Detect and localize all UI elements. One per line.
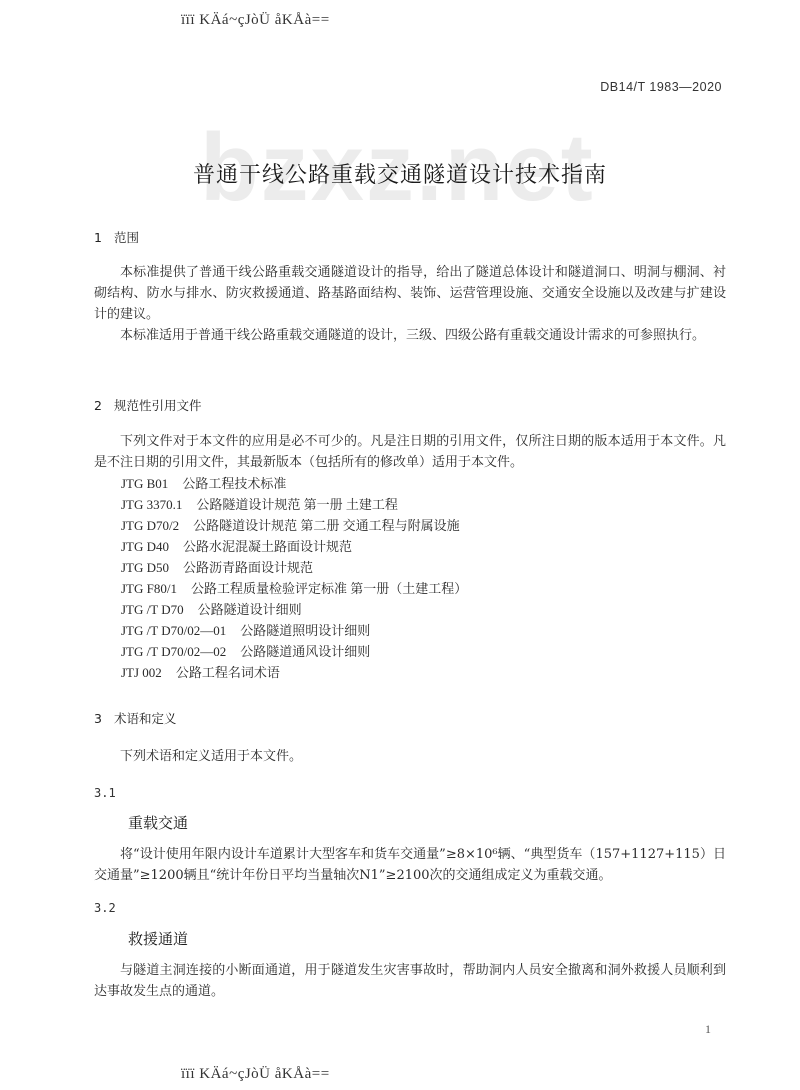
reference-item: JTJ 002公路工程名词术语: [121, 662, 467, 683]
reference-name: 公路工程技术标准: [182, 476, 286, 491]
reference-code: JTG D50: [121, 560, 169, 575]
document-code: DB14/T 1983—2020: [600, 80, 722, 94]
term-3-2-number: 3.2: [94, 897, 726, 916]
term-number: 3.1: [94, 786, 116, 800]
reference-name: 公路隧道通风设计细则: [240, 644, 370, 659]
reference-code: JTG F80/1: [121, 581, 177, 596]
reference-item: JTG D70/2公路隧道设计规范 第二册 交通工程与附属设施: [121, 515, 467, 536]
reference-item: JTG D40公路水泥混凝土路面设计规范: [121, 536, 467, 557]
term-3-1-number: 3.1: [94, 782, 726, 801]
reference-code: JTG /T D70/02—01: [121, 623, 226, 638]
section-number: 1: [94, 230, 114, 245]
header-garbled-text: ïïï KÄá~çJòÜ åKÅà==: [181, 12, 330, 29]
term-definition: 将“设计使用年限内设计车道累计大型客车和货车交通量”≥8×10⁶辆、“典型货车（…: [94, 844, 726, 886]
reference-code: JTJ 002: [121, 665, 162, 680]
section-title: 规范性引用文件: [114, 398, 202, 413]
page-number: 1: [705, 1022, 711, 1037]
paragraph: 下列文件对于本文件的应用是必不可少的。凡是注日期的引用文件，仅所注日期的版本适用…: [94, 431, 726, 473]
reference-code: JTG D40: [121, 539, 169, 554]
section-1-heading: 1范围: [94, 228, 726, 246]
term-title: 重载交通: [94, 812, 726, 833]
section-number: 3: [94, 711, 114, 726]
term-definition: 与隧道主洞连接的小断面通道，用于隧道发生灾害事故时，帮助洞内人员安全撤离和洞外救…: [94, 960, 726, 1002]
page-title: 普通干线公路重载交通隧道设计技术指南: [0, 158, 800, 189]
reference-item: JTG F80/1公路工程质量检验评定标准 第一册（土建工程）: [121, 578, 467, 599]
section-title: 范围: [114, 230, 139, 245]
section-2-heading: 2规范性引用文件: [94, 396, 726, 414]
reference-code: JTG /T D70: [121, 602, 184, 617]
reference-code: JTG B01: [121, 476, 168, 491]
reference-name: 公路工程名词术语: [176, 665, 280, 680]
reference-code: JTG D70/2: [121, 518, 179, 533]
reference-list: JTG B01公路工程技术标准 JTG 3370.1公路隧道设计规范 第一册 土…: [121, 473, 467, 683]
reference-item: JTG B01公路工程技术标准: [121, 473, 467, 494]
section-title: 术语和定义: [114, 711, 177, 726]
reference-item: JTG /T D70/02—02公路隧道通风设计细则: [121, 641, 467, 662]
section-1-body: 本标准提供了普通干线公路重载交通隧道设计的指导，给出了隧道总体设计和隧道洞口、明…: [94, 262, 726, 346]
paragraph: 下列术语和定义适用于本文件。: [94, 746, 726, 767]
term-3-1-title: 重载交通: [94, 812, 726, 833]
reference-name: 公路隧道设计细则: [198, 602, 302, 617]
reference-item: JTG /T D70/02—01公路隧道照明设计细则: [121, 620, 467, 641]
reference-item: JTG 3370.1公路隧道设计规范 第一册 土建工程: [121, 494, 467, 515]
reference-code: JTG 3370.1: [121, 497, 182, 512]
term-title: 救援通道: [94, 928, 726, 949]
reference-name: 公路水泥混凝土路面设计规范: [183, 539, 352, 554]
reference-item: JTG /T D70公路隧道设计细则: [121, 599, 467, 620]
term-3-2-title: 救援通道: [94, 928, 726, 949]
reference-name: 公路隧道照明设计细则: [240, 623, 370, 638]
section-number: 2: [94, 398, 114, 413]
term-number: 3.2: [94, 901, 116, 915]
section-3-heading: 3术语和定义: [94, 709, 726, 727]
term-3-2-definition: 与隧道主洞连接的小断面通道，用于隧道发生灾害事故时，帮助洞内人员安全撤离和洞外救…: [94, 960, 726, 1002]
paragraph: 本标准适用于普通干线公路重载交通隧道的设计，三级、四级公路有重载交通设计需求的可…: [94, 325, 726, 346]
term-3-1-definition: 将“设计使用年限内设计车道累计大型客车和货车交通量”≥8×10⁶辆、“典型货车（…: [94, 844, 726, 886]
reference-name: 公路隧道设计规范 第二册 交通工程与附属设施: [193, 518, 460, 533]
paragraph: 本标准提供了普通干线公路重载交通隧道设计的指导，给出了隧道总体设计和隧道洞口、明…: [94, 262, 726, 325]
reference-name: 公路工程质量检验评定标准 第一册（土建工程）: [191, 581, 467, 596]
reference-item: JTG D50公路沥青路面设计规范: [121, 557, 467, 578]
section-2-intro: 下列文件对于本文件的应用是必不可少的。凡是注日期的引用文件，仅所注日期的版本适用…: [94, 431, 726, 473]
section-3-intro: 下列术语和定义适用于本文件。: [94, 746, 726, 767]
reference-code: JTG /T D70/02—02: [121, 644, 226, 659]
reference-name: 公路沥青路面设计规范: [183, 560, 313, 575]
reference-name: 公路隧道设计规范 第一册 土建工程: [196, 497, 398, 512]
footer-garbled-text: ïïï KÄá~çJòÜ åKÅà==: [181, 1066, 330, 1083]
